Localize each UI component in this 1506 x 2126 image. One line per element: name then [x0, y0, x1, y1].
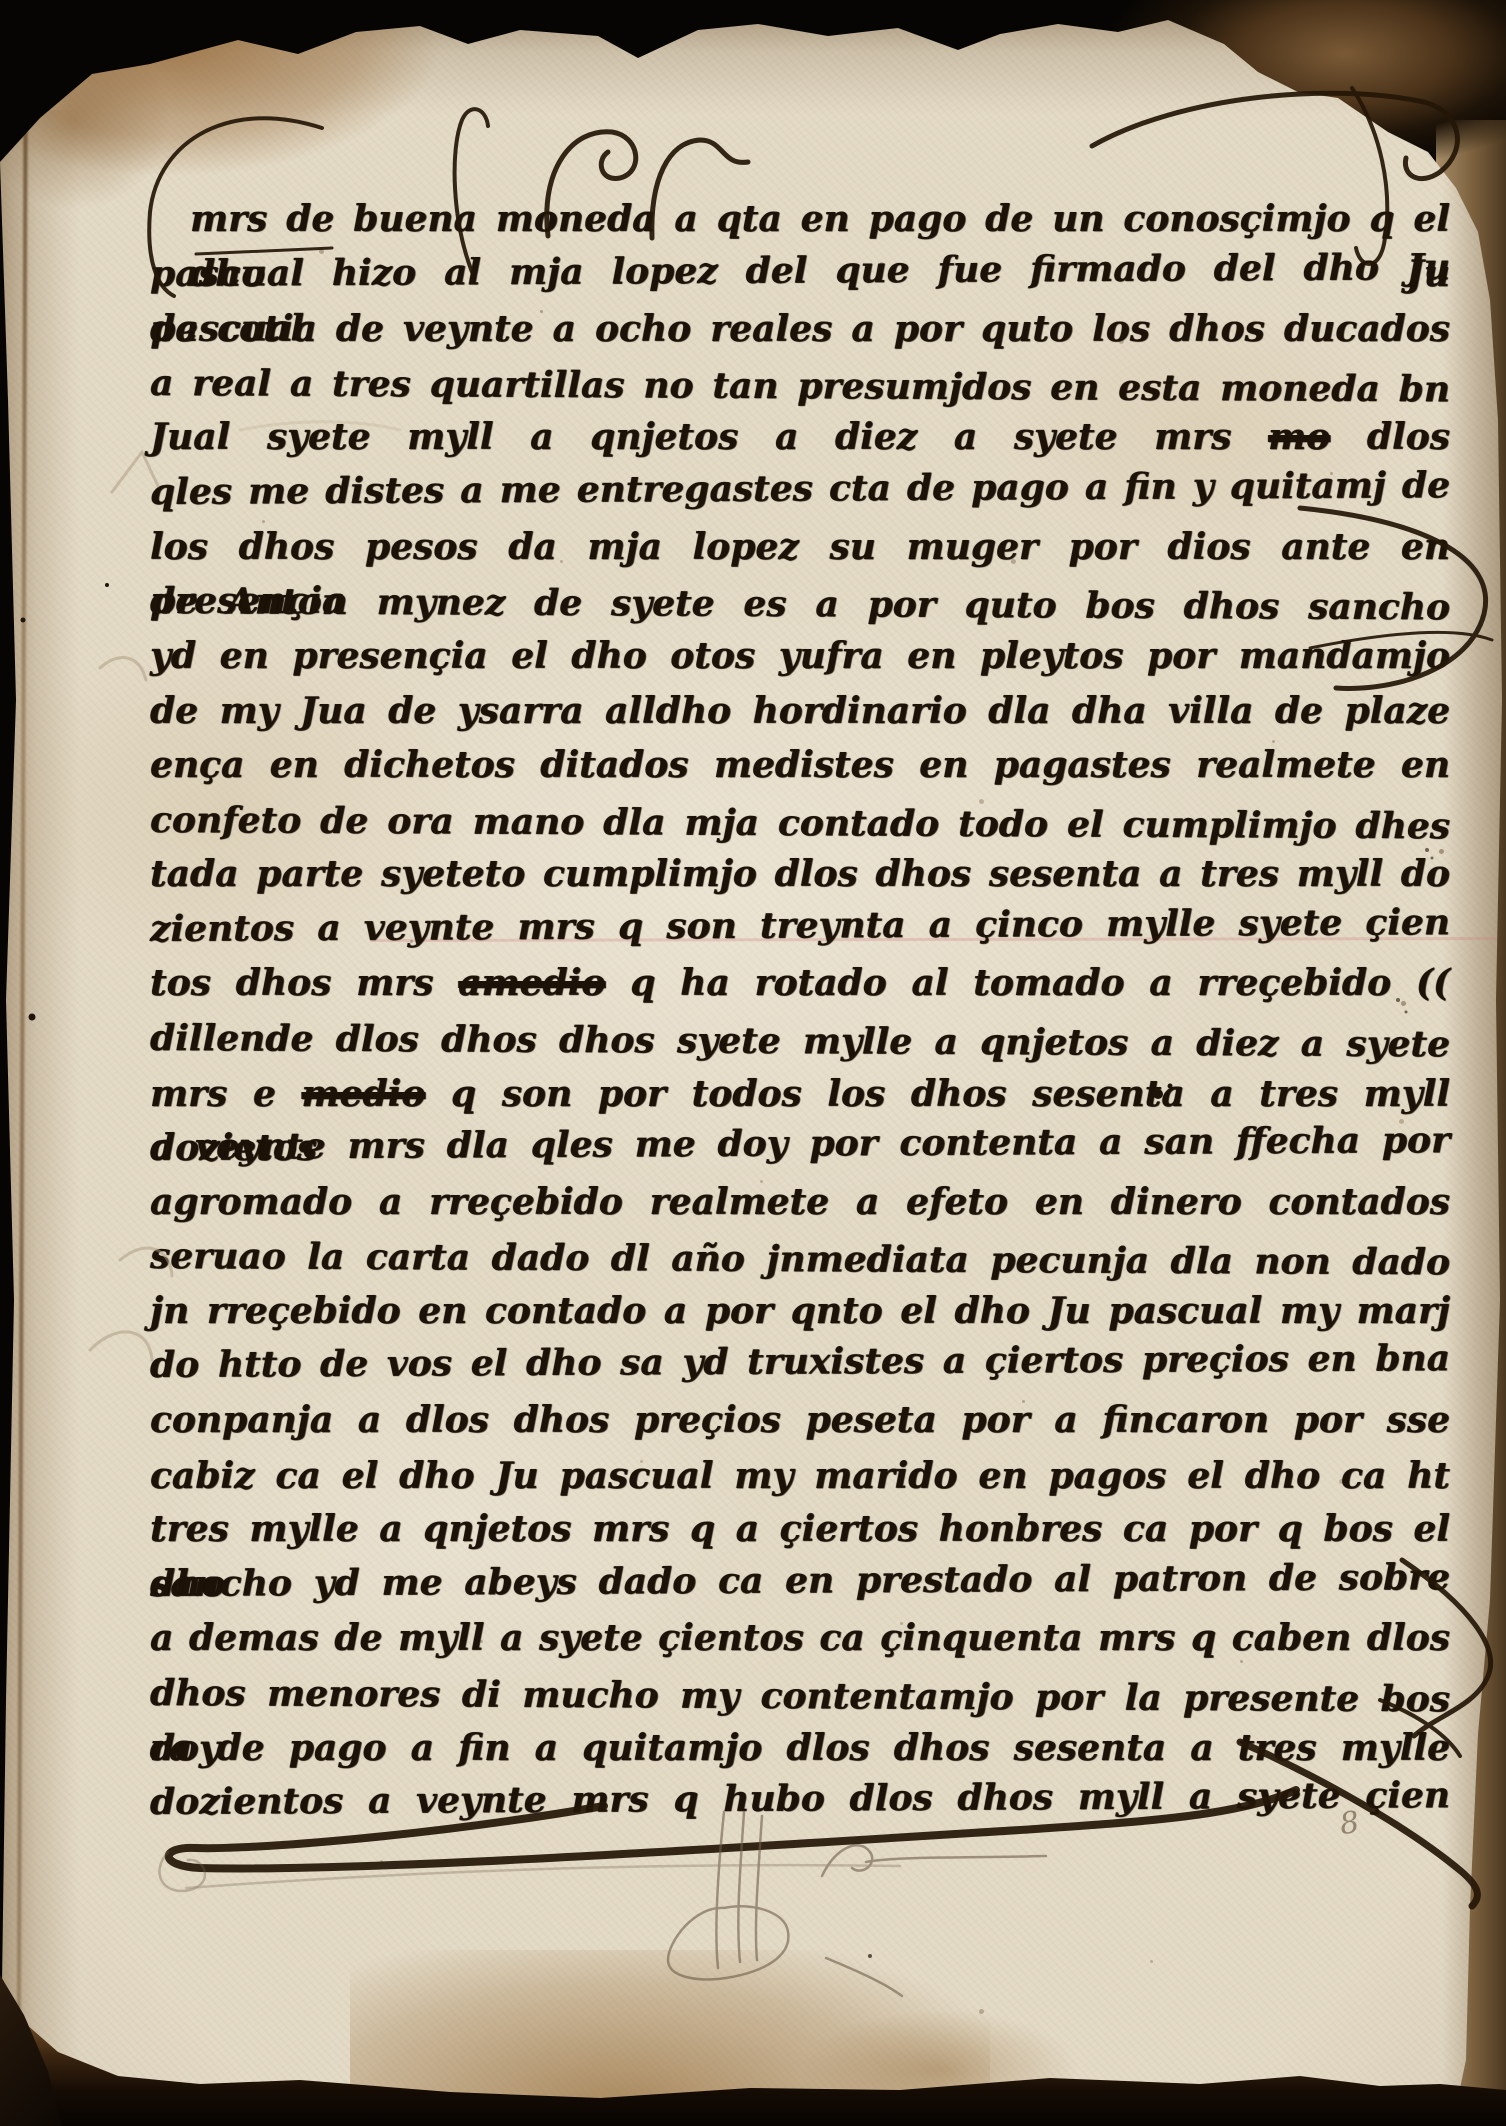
- handwritten-text: de my Jua de ysarra alldho hordinario dl…: [150, 690, 1450, 732]
- manuscript-line: Jual syete myll a qnjetos a diez a syete…: [150, 410, 1450, 465]
- handwritten-text: dillende dlos dhos dhos syete mylle a qn…: [150, 1017, 1450, 1065]
- manuscript-line: a demas de myll a syete çientos ca çinqu…: [150, 1611, 1450, 1666]
- manuscript-line: ra de pago a fin a quitamjo dlos dhos se…: [150, 1721, 1450, 1776]
- manuscript-line: agromado a rreçebido realmete a efeto en…: [150, 1175, 1450, 1230]
- manuscript-line: a veynte mrs dla qles me doy por content…: [150, 1113, 1450, 1174]
- manuscript-line: los dhos pesos da mja lopez su muger por…: [150, 520, 1450, 575]
- manuscript-line: sancho yd me abeys dado ca en prestado a…: [150, 1550, 1450, 1611]
- manuscript-page-scan: mrs de buena moneda a qta en pago de un …: [0, 0, 1506, 2126]
- handwritten-text: agromado a rreçebido realmete a efeto en…: [150, 1181, 1450, 1223]
- handwritten-text: conpanja a dlos dhos preçios peseta por …: [150, 1399, 1450, 1441]
- manuscript-line: de cotia de veynte a ocho reales a por q…: [150, 302, 1450, 357]
- manuscript-line: conpanja a dlos dhos preçios peseta por …: [150, 1393, 1450, 1448]
- manuscript-text-block: mrs de buena moneda a qta en pago de un …: [150, 192, 1450, 1830]
- handwritten-text: do htto de vos el dho sa yd truxistes a …: [150, 1338, 1450, 1387]
- struck-word: amedio: [458, 962, 605, 1004]
- manuscript-line: zientos a veynte mrs q son treynta a çin…: [150, 895, 1450, 956]
- manuscript-line: de my Jua de ysarra alldho hordinario dl…: [150, 684, 1450, 739]
- manuscript-line: a real a tres quartillas no tan presumjd…: [150, 356, 1450, 417]
- manuscript-line: dillende dlos dhos dhos syete mylle a qn…: [150, 1011, 1450, 1072]
- manuscript-line: qles me distes a me entregastes cta de p…: [150, 458, 1450, 519]
- manuscript-line: de Anton mynez de syete es a por quto bo…: [150, 574, 1450, 635]
- handwritten-text: yd en presençia el dho otos yufra en ple…: [150, 635, 1450, 677]
- handwritten-text: Jual syete myll a qnjetos a diez a syete…: [150, 416, 1268, 458]
- manuscript-line: tada parte syeteto cumplimjo dlos dhos s…: [150, 847, 1450, 902]
- handwritten-text: de Anton mynez de syete es a por quto bo…: [150, 580, 1450, 628]
- handwritten-text: cabiz ca el dho Ju pascual my marido en …: [150, 1455, 1450, 1497]
- handwritten-text: jn rreçebido en contado a por qnto el dh…: [150, 1290, 1450, 1332]
- struck-word: mo: [1268, 416, 1330, 458]
- manuscript-line: jn rreçebido en contado a por qnto el dh…: [150, 1284, 1450, 1339]
- foxing-speckles: [0, 0, 3, 3]
- handwritten-text: tos dhos mrs: [150, 962, 458, 1004]
- handwritten-text: q ha rotado al tomado a rreçebido ((: [605, 962, 1450, 1004]
- handwritten-text: dlos: [1330, 416, 1450, 458]
- handwritten-text: confeto de ora mano dla mja contado todo…: [150, 799, 1450, 847]
- manuscript-line: tres mylle a qnjetos mrs q a çiertos hon…: [150, 1502, 1450, 1557]
- manuscript-line: ença en dichetos ditados medistes en pag…: [150, 738, 1450, 793]
- handwritten-text: dozientos a veynte mrs q hubo dlos dhos …: [150, 1774, 1450, 1823]
- manuscript-line: confeto de ora mano dla mja contado todo…: [150, 793, 1450, 854]
- handwritten-text: a demas de myll a syete çientos ca çinqu…: [150, 1617, 1450, 1659]
- struck-word: medio: [301, 1073, 425, 1115]
- manuscript-line: mrs e medio q son por todos los dhos ses…: [150, 1067, 1450, 1122]
- manuscript-line: pascual hizo al mja lopez del que fue fi…: [150, 240, 1450, 301]
- handwritten-text: ra de pago a fin a quitamjo dlos dhos se…: [150, 1727, 1450, 1769]
- handwritten-text: tada parte syeteto cumplimjo dlos dhos s…: [150, 853, 1450, 895]
- manuscript-line: cabiz ca el dho Ju pascual my marido en …: [150, 1449, 1450, 1504]
- manuscript-line: dhos menores di mucho my contentamjo por…: [150, 1666, 1450, 1727]
- handwritten-text: a real a tres quartillas no tan presumjd…: [150, 362, 1450, 410]
- manuscript-line: tos dhos mrs amedio q ha rotado al tomad…: [150, 956, 1450, 1011]
- manuscript-line: do htto de vos el dho sa yd truxistes a …: [150, 1332, 1450, 1393]
- manuscript-line: mrs de buena moneda a qta en pago de un …: [150, 192, 1450, 247]
- handwritten-text: seruao la carta dado dl año jnmediata pe…: [150, 1235, 1450, 1283]
- handwritten-text: sancho yd me abeys dado ca en prestado a…: [150, 1556, 1450, 1605]
- handwritten-text: mrs e: [150, 1073, 301, 1115]
- handwritten-text: qles me distes a me entregastes cta de p…: [150, 464, 1450, 513]
- handwritten-text: zientos a veynte mrs q son treynta a çin…: [150, 901, 1450, 950]
- handwritten-text: de cotia de veynte a ocho reales a por q…: [150, 308, 1450, 350]
- manuscript-line: seruao la carta dado dl año jnmediata pe…: [150, 1229, 1450, 1290]
- handwritten-text: ença en dichetos ditados medistes en pag…: [150, 744, 1450, 786]
- manuscript-line: yd en presençia el dho otos yufra en ple…: [150, 629, 1450, 684]
- manuscript-line: dozientos a veynte mrs q hubo dlos dhos …: [150, 1768, 1450, 1829]
- handwritten-text: a veynte mrs dla qles me doy por content…: [150, 1119, 1450, 1168]
